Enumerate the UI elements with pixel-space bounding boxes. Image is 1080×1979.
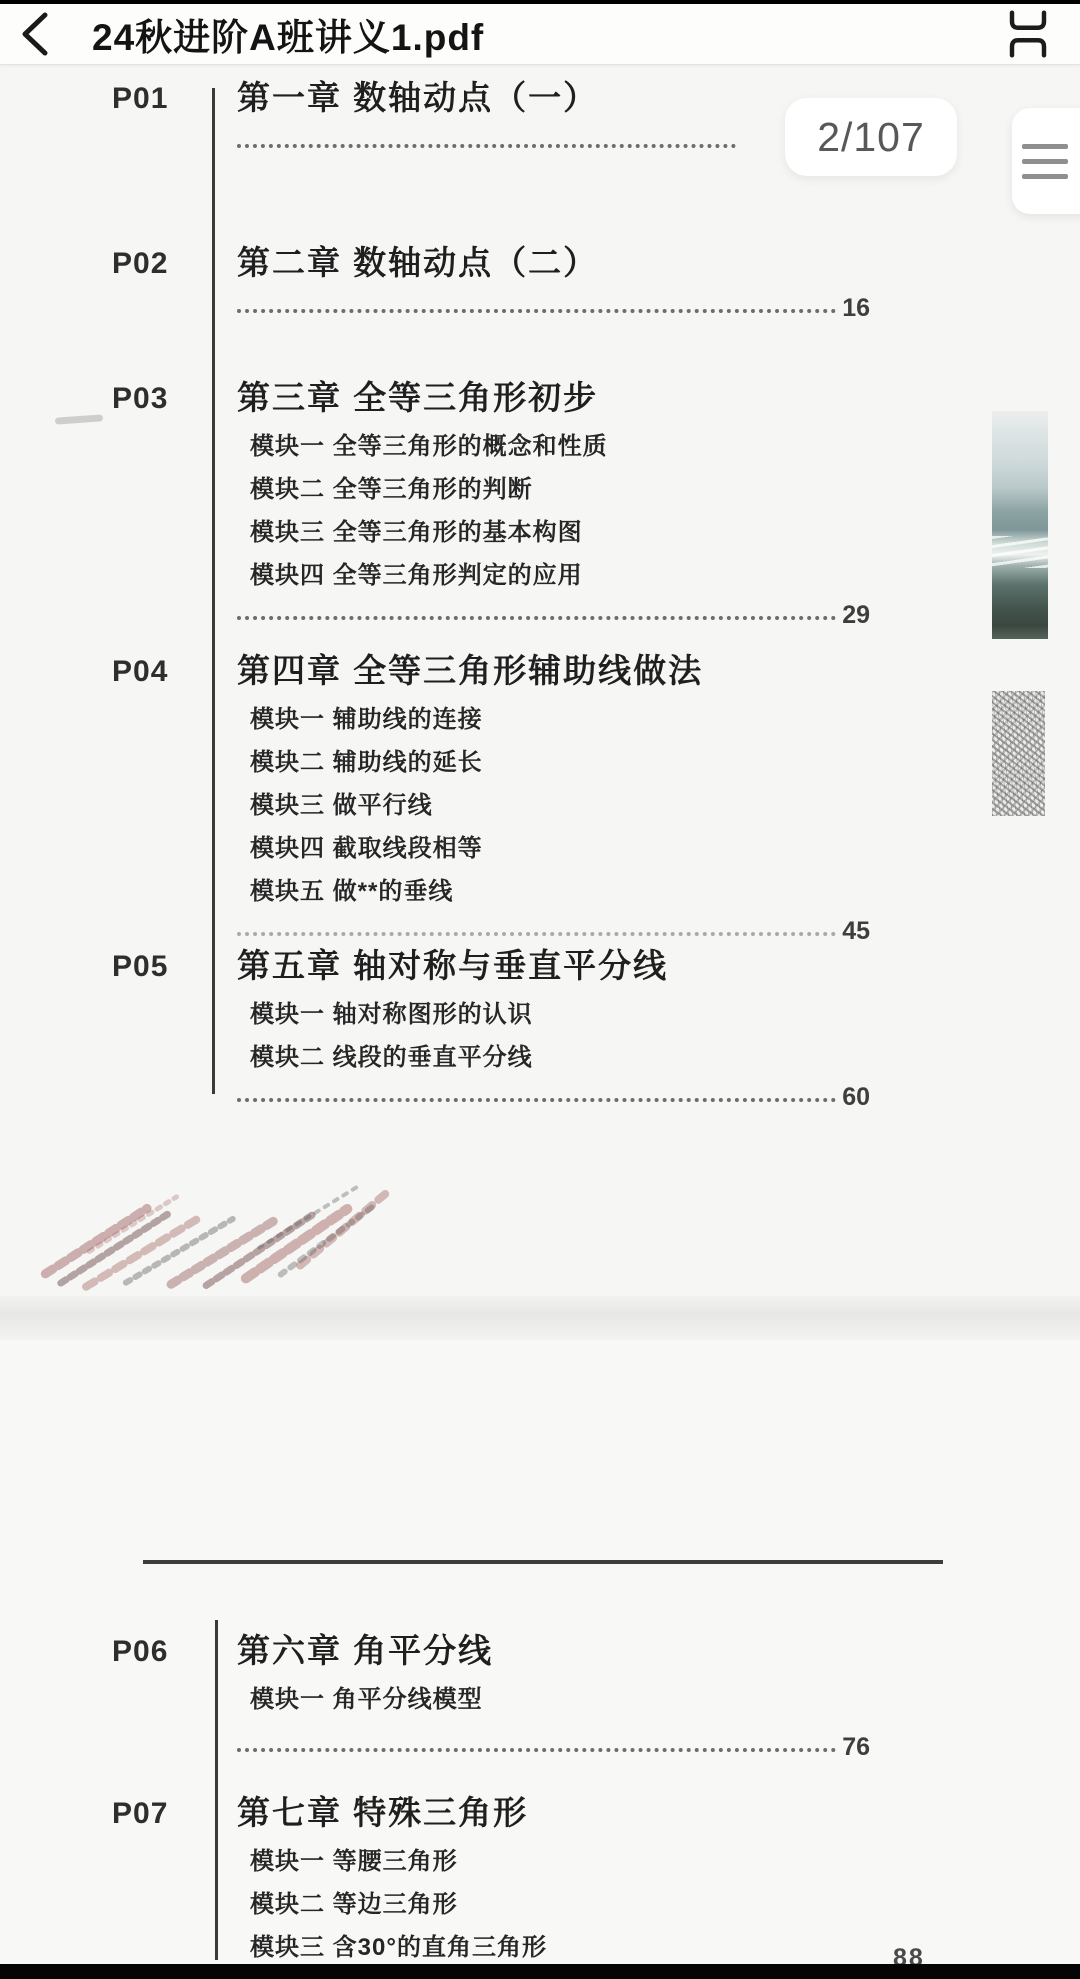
section-divider-line [143, 1560, 943, 1564]
toc-entry[interactable]: P06 第六章 角平分线 模块一 角平分线模型 76 [0, 1628, 1080, 1761]
toc-module-item: 模块二 全等三角形的判断 [250, 468, 870, 511]
toc-page-number: 45 [842, 917, 870, 945]
clipped-page-number: 88 [893, 1944, 925, 1964]
leader-dots [237, 309, 836, 313]
hamburger-icon [1022, 144, 1068, 149]
pdf-page-1[interactable]: P01 第一章 数轴动点（一） P02 第二章 数轴动点（二） 16 P03 第… [0, 64, 1080, 1304]
toc-entry[interactable]: P04 第四章 全等三角形辅助线做法 模块一 辅助线的连接模块二 辅助线的延长模… [0, 648, 1080, 945]
toc-page-number: 76 [842, 1733, 870, 1761]
back-button[interactable] [0, 4, 70, 64]
toc-module-item: 模块三 全等三角形的基本构图 [250, 511, 870, 554]
multi-window-icon [999, 10, 1057, 58]
toc-module-list: 模块一 等腰三角形模块二 等边三角形模块三 含30°的直角三角形 [237, 1840, 870, 1969]
toc-module-item: 模块四 全等三角形判定的应用 [250, 554, 870, 597]
toc-chapter-title: 第四章 全等三角形辅助线做法 [237, 648, 870, 698]
toc-entry-label: P03 [112, 382, 182, 416]
leader-dots [237, 1748, 836, 1752]
toc-entry-label: P05 [112, 950, 182, 984]
leader-dots [237, 616, 836, 620]
pdf-page-2[interactable]: P06 第六章 角平分线 模块一 角平分线模型 76 P07 第七章 特殊三角形… [0, 1340, 1080, 1964]
outline-menu-button[interactable] [1012, 108, 1080, 214]
toc-entry-label: P04 [112, 655, 182, 689]
toc-module-item: 模块一 全等三角形的概念和性质 [250, 425, 870, 468]
toc-entry-label: P01 [112, 82, 182, 116]
leader-dots [237, 1098, 836, 1102]
screen-bottom-edge [0, 1964, 1080, 1979]
toc-entry[interactable]: P02 第二章 数轴动点（二） 16 [0, 240, 1080, 322]
toc-module-item: 模块二 等边三角形 [250, 1883, 870, 1926]
toc-chapter-title: 第一章 数轴动点（一） [237, 75, 870, 125]
page-indicator-bubble: 2/107 [785, 98, 957, 176]
toc-leader-row: 76 [237, 1733, 870, 1761]
chevron-left-icon [18, 10, 52, 58]
toc-entry-label: P07 [112, 1797, 182, 1831]
toc-chapter-title: 第五章 轴对称与垂直平分线 [237, 943, 870, 993]
toc-entry-label: P06 [112, 1635, 182, 1669]
toc-module-item: 模块四 截取线段相等 [250, 827, 870, 870]
toc-entry[interactable]: P05 第五章 轴对称与垂直平分线 模块一 轴对称图形的认识模块二 线段的垂直平… [0, 943, 1080, 1111]
toc-entry-label: P02 [112, 247, 182, 281]
toc-entry[interactable]: P07 第七章 特殊三角形 模块一 等腰三角形模块二 等边三角形模块三 含30°… [0, 1790, 1080, 1969]
toc-module-item: 模块五 做**的垂线 [250, 870, 870, 913]
toc-module-item: 模块一 轴对称图形的认识 [250, 993, 870, 1036]
toc-chapter-title: 第七章 特殊三角形 [237, 1790, 870, 1840]
multi-window-button[interactable] [976, 4, 1080, 64]
toc-leader-row [237, 129, 742, 157]
toc-module-item: 模块二 线段的垂直平分线 [250, 1036, 870, 1079]
toc-chapter-title: 第二章 数轴动点（二） [237, 240, 870, 290]
toc-entry[interactable]: P03 第三章 全等三角形初步 模块一 全等三角形的概念和性质模块二 全等三角形… [0, 375, 1080, 629]
toc-leader-row: 60 [237, 1083, 870, 1111]
toc-module-item: 模块三 含30°的直角三角形 [250, 1926, 870, 1969]
texture-strip [992, 691, 1045, 816]
toc-page-number: 16 [842, 294, 870, 322]
toc-module-list: 模块一 全等三角形的概念和性质模块二 全等三角形的判断模块三 全等三角形的基本构… [237, 425, 870, 597]
toc-module-item: 模块三 做平行线 [250, 784, 870, 827]
leader-dots [237, 932, 836, 936]
toc-leader-row: 45 [237, 917, 870, 945]
document-title: 24秋进阶A班讲义1.pdf [92, 7, 976, 61]
toc-module-item: 模块一 等腰三角形 [250, 1840, 870, 1883]
ocean-photo-strip [992, 411, 1048, 639]
page-gap-shadow [0, 1296, 1080, 1340]
toc-module-list: 模块一 轴对称图形的认识模块二 线段的垂直平分线 [237, 993, 870, 1079]
app-bar: 24秋进阶A班讲义1.pdf [0, 4, 1080, 65]
toc-module-list: 模块一 角平分线模型 [237, 1678, 870, 1721]
toc-page-number: 29 [842, 601, 870, 629]
toc-chapter-title: 第六章 角平分线 [237, 1628, 870, 1678]
red-scribble-mark [24, 1140, 401, 1309]
toc-module-item: 模块一 角平分线模型 [250, 1678, 870, 1721]
toc-page-number: 60 [842, 1083, 870, 1111]
page-indicator-text: 2/107 [817, 114, 925, 161]
toc-module-list: 模块一 辅助线的连接模块二 辅助线的延长模块三 做平行线模块四 截取线段相等模块… [237, 698, 870, 913]
toc-module-item: 模块二 辅助线的延长 [250, 741, 870, 784]
toc-leader-row: 16 [237, 294, 870, 322]
toc-chapter-title: 第三章 全等三角形初步 [237, 375, 870, 425]
toc-module-item: 模块一 辅助线的连接 [250, 698, 870, 741]
leader-dots [237, 144, 736, 148]
toc-leader-row: 29 [237, 601, 870, 629]
